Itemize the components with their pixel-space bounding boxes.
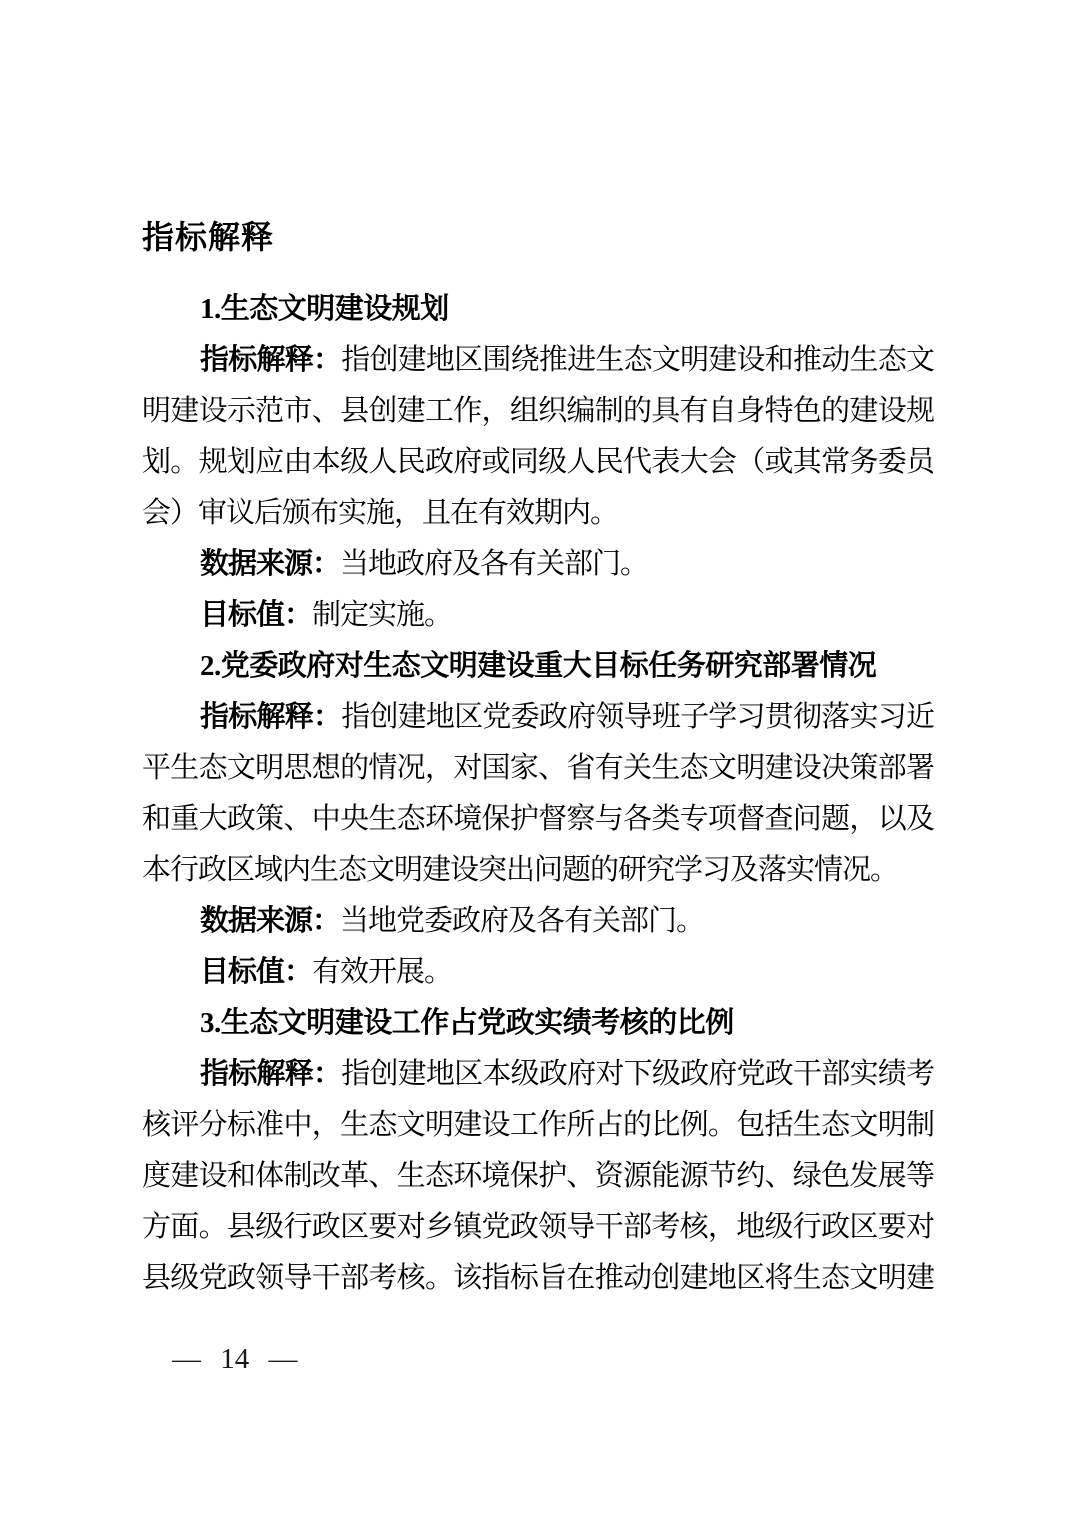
text-line: 指标解释：指创建地区本级政府对下级政府党政干部实绩考 [142,1049,934,1100]
explanation-label: 指标解释： [200,344,341,376]
section-2-data-source: 数据来源：当地党委政府及各有关部门。 [142,896,934,947]
page-footer: — 14 — [172,1334,298,1385]
text-line: 和重大政策、中央生态环境保护督察与各类专项督查问题，以及 [142,794,934,845]
target-label: 目标值： [200,956,312,988]
section-2-target: 目标值：有效开展。 [142,947,934,998]
text-line: 度建设和体制改革、生态环境保护、资源能源节约、绿色发展等 [142,1151,934,1202]
text-line: 划。规划应由本级人民政府或同级人民代表大会（或其常务委员 [142,437,934,488]
explanation-label: 指标解释： [200,1058,341,1090]
section-2-explanation: 指标解释：指创建地区党委政府领导班子学习贯彻落实习近 平生态文明思想的情况，对国… [142,692,934,896]
document-page: 指标解释 1.生态文明建设规划 指标解释：指创建地区围绕推进生态文明建设和推动生… [0,0,1074,1520]
text-line: 明建设示范市、县创建工作，组织编制的具有自身特色的建设规 [142,386,934,437]
section-3-explanation: 指标解释：指创建地区本级政府对下级政府党政干部实绩考 核评分标准中，生态文明建设… [142,1049,934,1304]
text-line-body: 指创建地区围绕推进生态文明建设和推动生态文 [341,344,934,376]
section-3: 3.生态文明建设工作占党政实绩考核的比例 指标解释：指创建地区本级政府对下级政府… [142,998,934,1304]
text-line: 县级党政领导干部考核。该指标旨在推动创建地区将生态文明建 [142,1253,934,1304]
text-line: 指标解释：指创建地区围绕推进生态文明建设和推动生态文 [142,335,934,386]
data-source-label: 数据来源： [200,905,340,937]
text-line: 核评分标准中，生态文明建设工作所占的比例。包括生态文明制 [142,1100,934,1151]
section-1-target: 目标值：制定实施。 [142,590,934,641]
text-line: 指标解释：指创建地区党委政府领导班子学习贯彻落实习近 [142,692,934,743]
section-2-heading: 2.党委政府对生态文明建设重大目标任务研究部署情况 [142,641,934,692]
section-1-heading: 1.生态文明建设规划 [142,284,934,335]
text-line: 会）审议后颁布实施，且在有效期内。 [142,488,934,539]
section-1-explanation: 指标解释：指创建地区围绕推进生态文明建设和推动生态文 明建设示范市、县创建工作，… [142,335,934,539]
document-content: 指标解释 1.生态文明建设规划 指标解释：指创建地区围绕推进生态文明建设和推动生… [142,212,934,1304]
target-text: 制定实施。 [312,599,452,631]
data-source-text: 当地党委政府及各有关部门。 [340,905,704,937]
text-line: 本行政区域内生态文明建设突出问题的研究学习及落实情况。 [142,845,934,896]
explanation-label: 指标解释： [200,701,341,733]
target-text: 有效开展。 [312,956,452,988]
section-2: 2.党委政府对生态文明建设重大目标任务研究部署情况 指标解释：指创建地区党委政府… [142,641,934,998]
text-line-body: 指创建地区本级政府对下级政府党政干部实绩考 [341,1058,934,1090]
text-line-body: 指创建地区党委政府领导班子学习贯彻落实习近 [341,701,934,733]
text-line: 平生态文明思想的情况，对国家、省有关生态文明建设决策部署 [142,743,934,794]
text-line: 方面。县级行政区要对乡镇党政领导干部考核，地级行政区要对 [142,1202,934,1253]
data-source-label: 数据来源： [200,548,340,580]
section-3-heading: 3.生态文明建设工作占党政实绩考核的比例 [142,998,934,1049]
data-source-text: 当地政府及各有关部门。 [340,548,648,580]
target-label: 目标值： [200,599,312,631]
section-1: 1.生态文明建设规划 指标解释：指创建地区围绕推进生态文明建设和推动生态文 明建… [142,284,934,641]
section-1-data-source: 数据来源：当地政府及各有关部门。 [142,539,934,590]
page-title: 指标解释 [142,212,934,262]
page-number: — 14 — [172,1343,298,1375]
